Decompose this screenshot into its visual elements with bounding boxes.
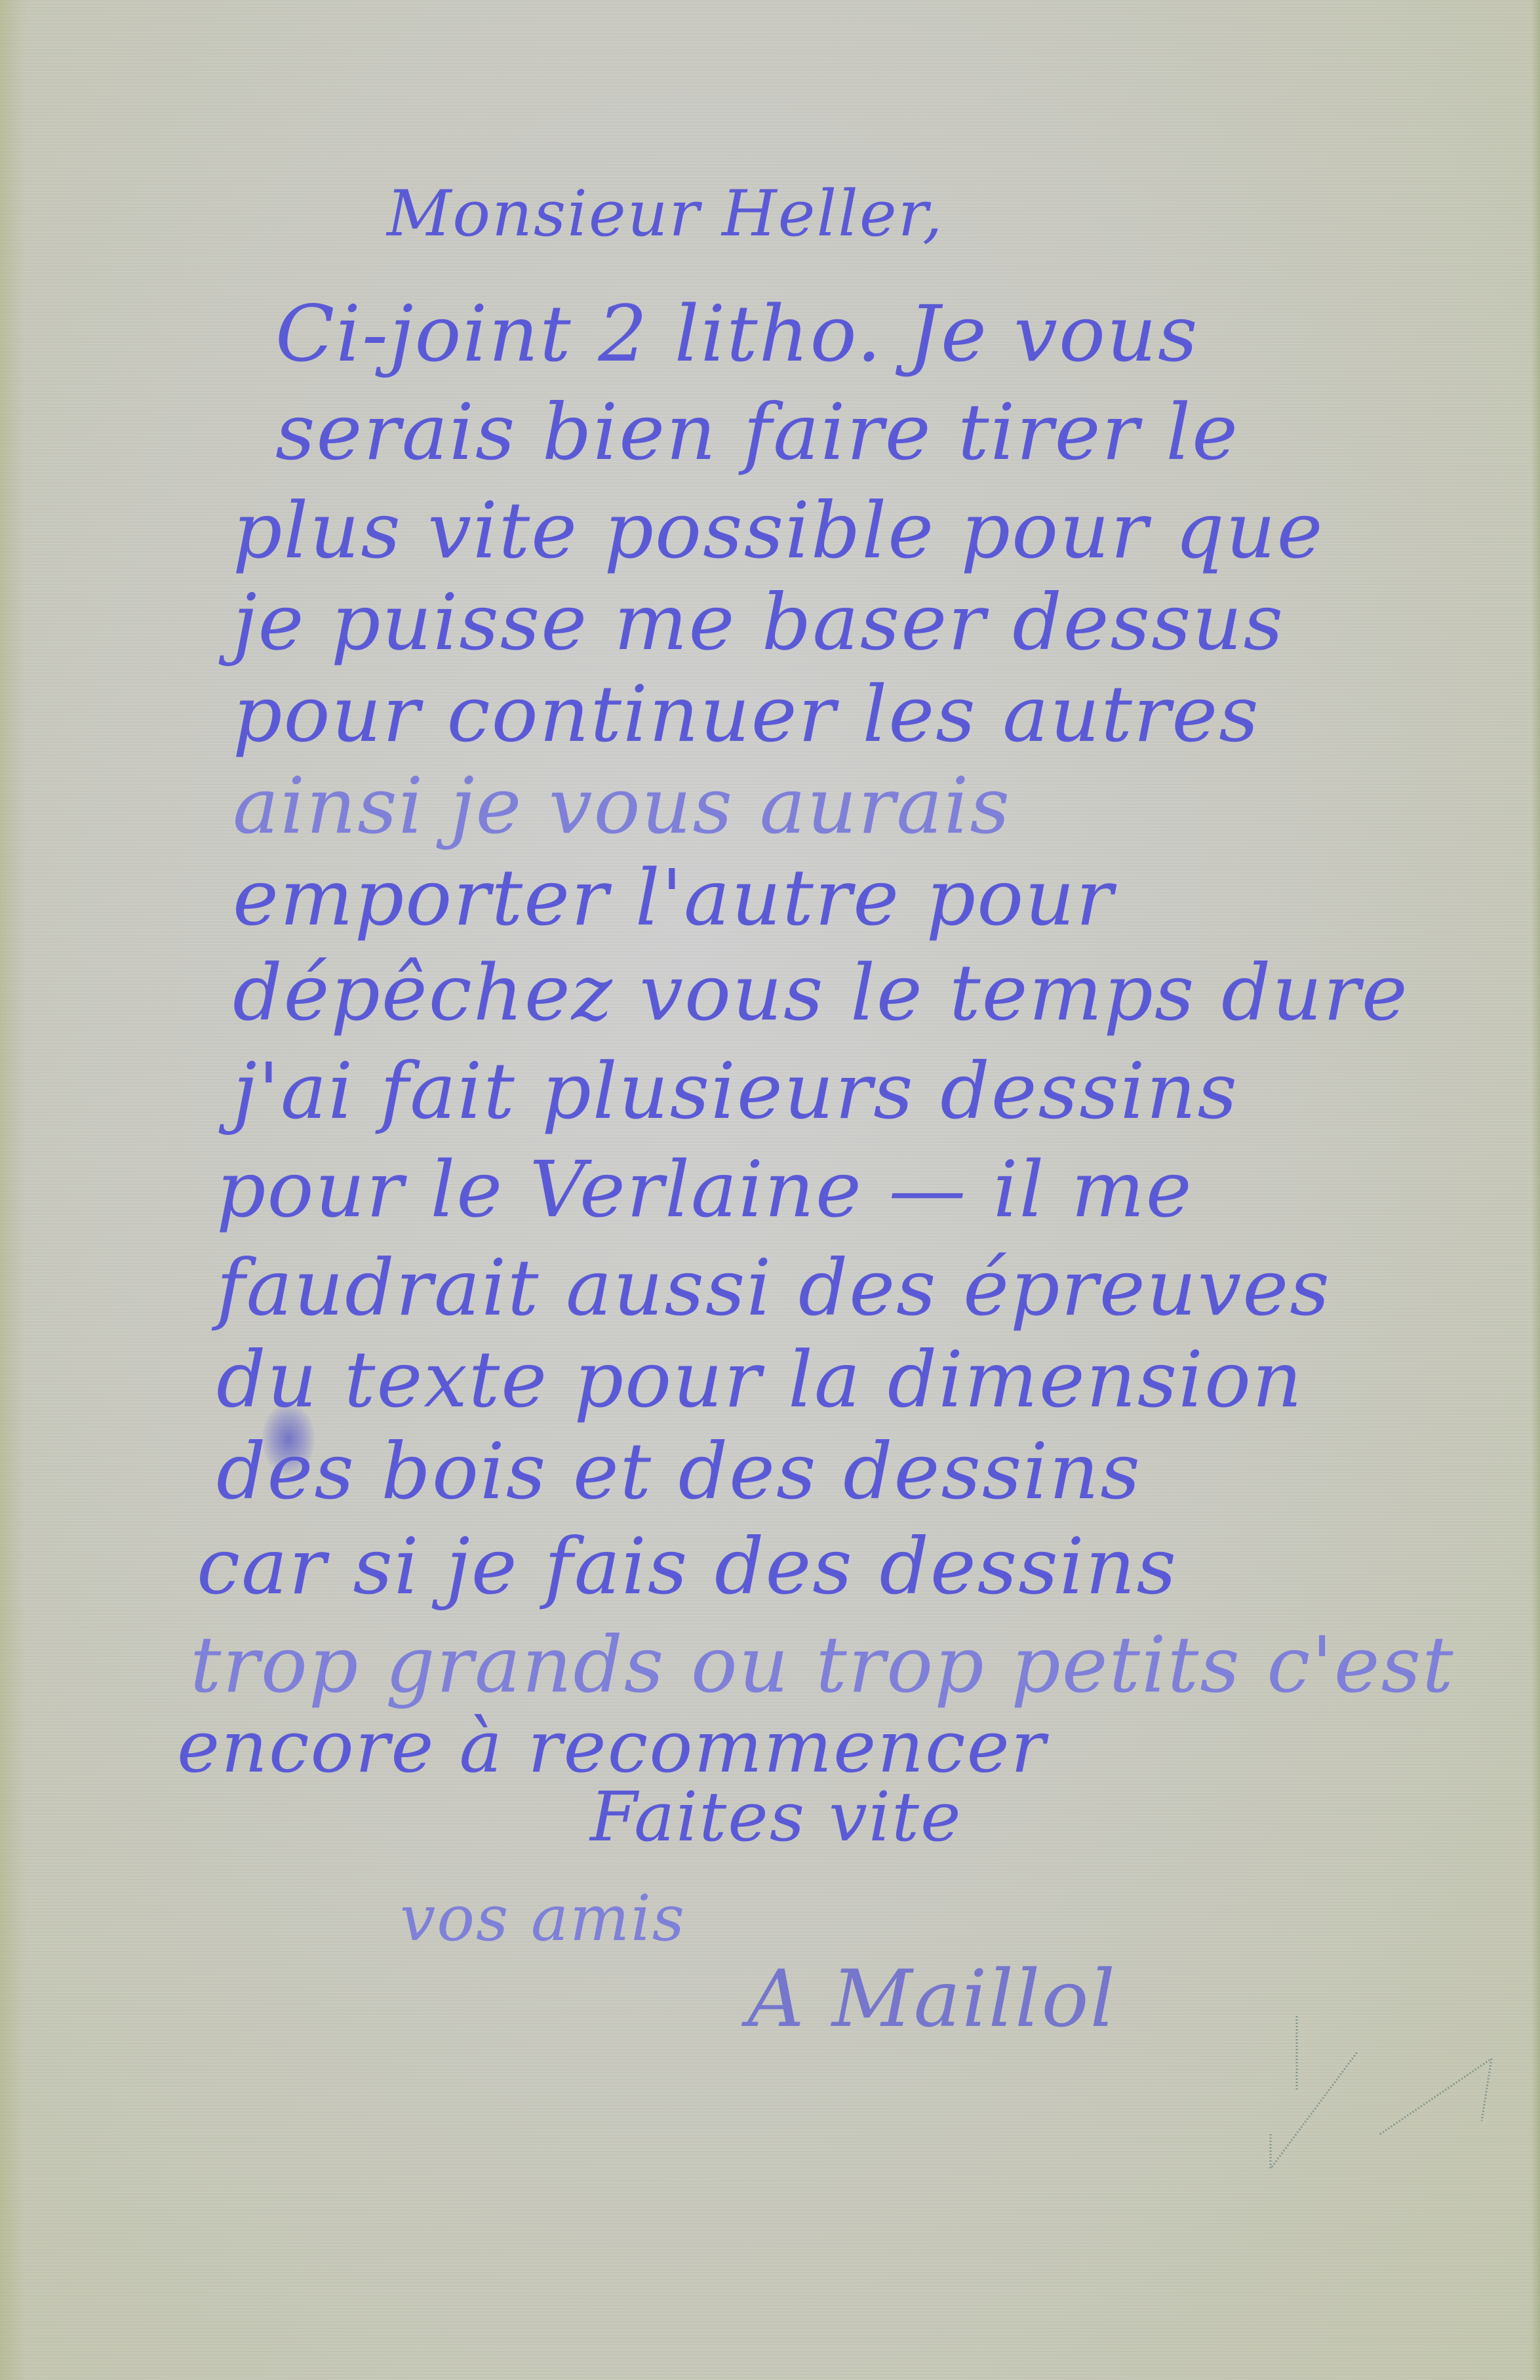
- letter-line: emporter l'autre pour: [233, 852, 1115, 943]
- letter-line: du texte pour la dimension: [216, 1334, 1303, 1425]
- ink-blot: [262, 1403, 315, 1475]
- letter-line: pour continuer les autres: [233, 669, 1260, 759]
- letter-line: plus vite possible pour que: [233, 485, 1324, 576]
- letter-line: ainsi je vous aurais: [233, 761, 1011, 851]
- letter-line: j'ai fait plusieurs dessins: [233, 1046, 1238, 1136]
- letter-line: car si je fais des dessins: [197, 1521, 1177, 1612]
- letter-line: trop grands ou trop petits c'est: [190, 1619, 1455, 1710]
- letter-line: pour le Verlaine — il me: [216, 1144, 1193, 1235]
- paper-edge-left: [0, 0, 26, 2380]
- letter-line: encore à recommencer: [177, 1705, 1046, 1789]
- letter-line: serais bien faire tirer le: [275, 387, 1239, 477]
- closing-line: vos amis: [400, 1882, 686, 1955]
- salutation: Monsieur Heller,: [387, 177, 944, 250]
- letter-line: dépêchez vous le temps dure: [233, 947, 1409, 1038]
- letter-line: Ci-joint 2 litho. Je vous: [275, 288, 1199, 379]
- pencil-annotation-mark: [1246, 1934, 1540, 2229]
- closing-line: Faites vite: [590, 1777, 962, 1857]
- signature: A Maillol: [747, 1954, 1116, 2045]
- letter-line: faudrait aussi des épreuves: [216, 1242, 1331, 1333]
- letter-line: je puisse me baser dessus: [233, 577, 1284, 667]
- letter-line: des bois et des dessins: [216, 1426, 1141, 1517]
